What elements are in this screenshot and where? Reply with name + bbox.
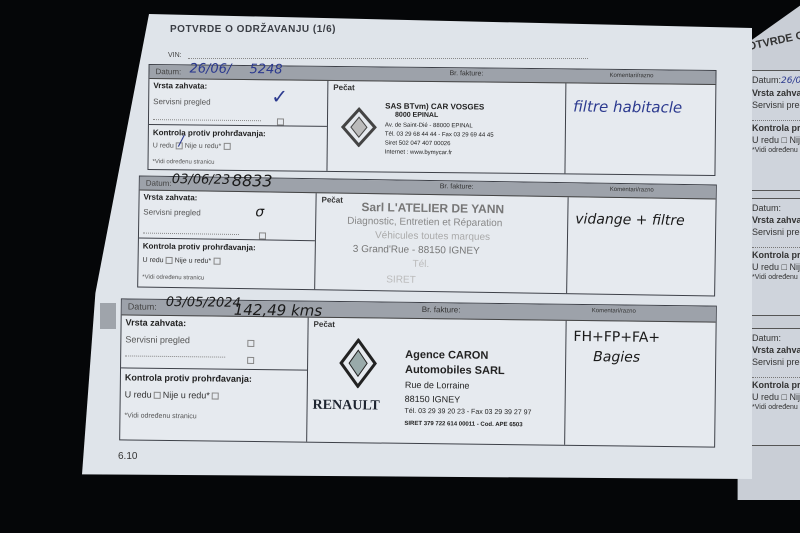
document-title: POTVRDE O ODRŽAVANJU (1/6) xyxy=(170,24,336,35)
right-intervention-label: Vrsta zahvata: xyxy=(752,88,800,98)
stamp-line: Internet : www.bymycar.fr xyxy=(385,150,452,157)
maintenance-record-3: Datum: Br. fakture: Komentari/razno 03/0… xyxy=(119,298,717,447)
right-service-text: Servisni pregle xyxy=(752,357,800,367)
right-record-2: Datum: Vrsta zahvata Servisni pregle Kon… xyxy=(748,198,800,316)
right-ok-text: U redu □ Nije xyxy=(752,262,800,272)
right-date-label: Datum: xyxy=(752,203,800,213)
intervention-label: Vrsta zahvata: xyxy=(153,81,207,91)
renault-logo-icon xyxy=(341,107,377,147)
stamp-line: Siret 502 047 407 00026 xyxy=(385,141,451,148)
comments-label: Komentari/razno xyxy=(610,187,654,194)
divider xyxy=(121,367,307,370)
invoice-label: Br. fakture: xyxy=(440,183,474,191)
maintenance-record-1: Datum: Br. fakture: Komentari/razno 26/0… xyxy=(147,64,716,176)
ok-label: U redu xyxy=(143,257,164,264)
stamp-label: Pečat xyxy=(333,83,354,92)
ok-checkbox[interactable] xyxy=(154,392,161,399)
stamp-label: Pečat xyxy=(321,195,342,204)
vin-field xyxy=(188,58,588,59)
stamp-column: Pečat Sarl L'ATELIER DE YANN Diagnostic,… xyxy=(316,193,568,293)
ok-checkbox[interactable] xyxy=(166,257,173,264)
right-date-label: Datum: xyxy=(752,75,781,85)
right-intervention-label: Vrsta zahvata xyxy=(752,345,800,355)
right-dots xyxy=(752,369,800,378)
right-date-handwritten: 26/06/ xyxy=(781,76,800,86)
comment-handwritten-line-2: Bagies xyxy=(593,349,640,366)
stamp-line: Automobiles SARL xyxy=(405,364,505,377)
renault-logo-icon xyxy=(339,338,378,388)
not-ok-label: Nije u redu* xyxy=(185,143,222,150)
other-service-checkbox[interactable] xyxy=(247,357,254,364)
stamp-line: SIRET 379 722 614 00011 - Cod. APE 6503 xyxy=(404,421,522,428)
other-service-dots xyxy=(143,233,239,236)
not-ok-label: Nije u redu* xyxy=(163,390,210,401)
ok-label: U redu xyxy=(125,389,152,399)
service-check-mark: ✓ xyxy=(271,84,288,108)
corrosion-options: U reduNije u redu* xyxy=(143,257,223,266)
right-note: *Vidi određenu st xyxy=(752,404,800,411)
see-page-note: *Vidi određenu stranicu xyxy=(142,275,204,282)
corrosion-label: Kontrola protiv prohrđavanja: xyxy=(143,242,256,253)
corrosion-label: Kontrola protiv prohrđavanja: xyxy=(153,128,266,138)
not-ok-checkbox[interactable] xyxy=(212,393,219,400)
stamp-label: Pečat xyxy=(314,320,335,329)
ok-label: U redu xyxy=(153,142,174,149)
service-check-text: Servisni pregled xyxy=(143,208,201,218)
divider xyxy=(139,237,315,241)
right-service-text: Servisni pregled xyxy=(752,100,800,110)
maintenance-record-2: Datum: Br. fakture: Komentari/razno 03/0… xyxy=(137,175,717,296)
right-dots xyxy=(752,112,800,121)
corrosion-label: Kontrola protiv prohrđavanja: xyxy=(125,372,252,384)
stamp-line: Véhicules toutes marques xyxy=(375,230,490,243)
right-corrosion-label: Kontrola prot xyxy=(752,250,800,260)
service-check-mark: σ xyxy=(255,204,264,220)
renault-wordmark: RENAULT xyxy=(312,398,379,415)
stamp-line: SIRET xyxy=(386,274,416,285)
right-note: *Vidi određenu st xyxy=(752,274,800,281)
page-number: 6.10 xyxy=(118,451,137,462)
invoice-label: Br. fakture: xyxy=(449,70,483,77)
corrosion-options: U reduNije u redu* xyxy=(153,142,233,150)
page-tab-marker xyxy=(100,303,116,329)
divider xyxy=(149,124,327,127)
stamp-column: Pečat RENAULT Agence CARON Automobiles S… xyxy=(308,318,566,445)
date-handwritten: 26/06/ xyxy=(189,61,231,76)
see-page-note: *Vidi određenu stranicu xyxy=(153,159,215,166)
km-handwritten: 8833 xyxy=(232,171,273,191)
right-record-3: Datum: Vrsta zahvata Servisni pregle Kon… xyxy=(748,328,800,446)
comments-label: Komentari/razno xyxy=(609,73,653,79)
stamp-line: Tél. 03 29 68 44 44 - Fax 03 29 69 44 45 xyxy=(385,132,494,139)
comment-handwritten: vidange + filtre xyxy=(575,211,685,229)
comments-label: Komentari/razno xyxy=(592,308,636,315)
stamp-line: SAS BTvm) CAR VOSGES xyxy=(385,102,484,112)
stamp-line: 3 Grand'Rue - 88150 IGNEY xyxy=(353,244,480,257)
comments-column: FH+FP+FA+ Bagies xyxy=(566,321,716,447)
stamp-line: Tél. xyxy=(412,259,429,270)
not-ok-label: Nije u redu* xyxy=(175,257,212,265)
intervention-label: Vrsta zahvata: xyxy=(126,317,187,328)
right-record-1: Datum:26/06/ Vrsta zahvata: Servisni pre… xyxy=(748,70,800,191)
comments-column: filtre habitacle xyxy=(566,83,715,175)
date-handwritten: 03/06/23 xyxy=(172,172,231,188)
stamp-line: Tél. 03 29 39 20 23 - Fax 03 29 39 27 97 xyxy=(404,408,531,417)
right-date-label: Datum: xyxy=(752,333,800,343)
comment-handwritten-line-1: FH+FP+FA+ xyxy=(573,329,660,346)
date-label: Datum: xyxy=(146,179,172,188)
right-ok-text: U redu □ Nije u xyxy=(752,135,800,145)
service-column: Vrsta zahvata: Servisni pregled Kontrola… xyxy=(120,315,309,441)
intervention-label: Vrsta zahvata: xyxy=(144,193,198,203)
stamp-line: Rue de Lorraine xyxy=(405,380,470,391)
date-label: Datum: xyxy=(128,301,157,311)
km-handwritten: 5248 xyxy=(249,62,282,77)
stamp-column: Pečat SAS BTvm) CAR VOSGES 8000 EPINAL A… xyxy=(328,81,566,173)
right-corrosion-label: Kontrola prot xyxy=(752,123,800,133)
date-label: Datum: xyxy=(155,67,181,76)
stamp-line: 8000 EPINAL xyxy=(395,112,438,119)
right-intervention-label: Vrsta zahvata xyxy=(752,215,800,225)
not-ok-checkbox[interactable] xyxy=(223,143,230,150)
vin-label: VIN: xyxy=(168,52,182,59)
stamp-line: Diagnostic, Entretien et Réparation xyxy=(347,216,502,229)
right-dots xyxy=(752,239,800,248)
corrosion-options: U reduNije u redu* xyxy=(125,389,221,400)
right-corrosion-label: Kontrola prot xyxy=(752,380,800,390)
service-column: Vrsta zahvata: Servisni pregled σ Kontro… xyxy=(138,190,316,289)
stamp-line: 88150 IGNEY xyxy=(405,394,461,405)
corrosion-ok-mark: / xyxy=(179,133,184,149)
stamp-line: Av. de Saint-Dié - 88000 EPINAL xyxy=(385,123,473,130)
stamp-line: Agence CARON xyxy=(405,349,488,362)
date-handwritten: 03/05/2024 xyxy=(166,295,241,311)
comments-column: vidange + filtre xyxy=(568,197,715,295)
service-check-text: Servisni pregled xyxy=(125,334,190,345)
invoice-label: Br. fakture: xyxy=(422,305,461,314)
other-service-dots xyxy=(153,119,261,121)
right-service-text: Servisni pregle xyxy=(752,227,800,237)
right-note: *Vidi određenu str xyxy=(752,147,800,154)
comment-handwritten: filtre habitacle xyxy=(573,97,682,116)
not-ok-checkbox[interactable] xyxy=(213,258,220,265)
other-service-dots xyxy=(125,355,225,357)
service-check-checkbox[interactable] xyxy=(247,340,254,347)
service-check-text: Servisni pregled xyxy=(153,97,210,107)
stamp-line: Sarl L'ATELIER DE YANN xyxy=(361,200,504,216)
right-ok-text: U redu □ Nije xyxy=(752,392,800,402)
see-page-note: *Vidi određenu stranicu xyxy=(124,412,196,420)
service-column: Vrsta zahvata: Servisni pregled ✓ Kontro… xyxy=(148,79,328,171)
other-service-checkbox[interactable] xyxy=(277,118,284,125)
